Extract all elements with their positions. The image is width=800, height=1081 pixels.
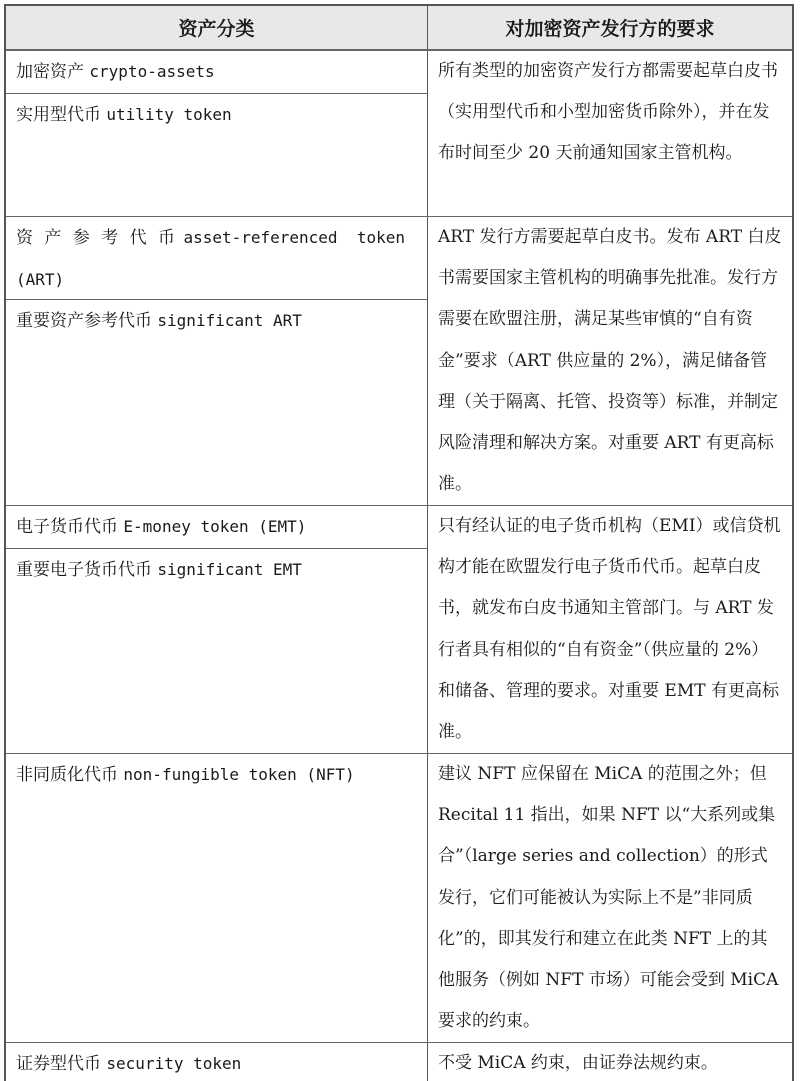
table-header: 资产分类 对加密资产发行方的要求 [6, 6, 792, 51]
header-asset-category: 资产分类 [6, 6, 428, 49]
category-en: security token [106, 1054, 241, 1073]
category-item: 重要电子货币代币 significant EMT [6, 549, 427, 591]
table-row: 电子货币代币 E-money token (EMT) 重要电子货币代币 sign… [6, 506, 792, 754]
category-zh: 非同质化代币 [16, 765, 118, 785]
category-zh: 加密资产 [16, 62, 84, 82]
category-en: significant ART [157, 311, 302, 330]
category-zh: 实用型代币 [16, 105, 101, 125]
table-row: 加密资产 crypto-assets 实用型代币 utility token 所… [6, 51, 792, 217]
requirement-cell: 只有经认证的电子货币机构（EMI）或信贷机构才能在欧盟发行电子货币代币。起草白皮… [428, 506, 792, 753]
category-item: 实用型代币 utility token [6, 94, 427, 136]
requirement-cell: ART 发行方需要起草白皮书。发布 ART 白皮书需要国家主管机构的明确事先批准… [428, 217, 792, 505]
table-row: 非同质化代币 non-fungible token (NFT) 建议 NFT 应… [6, 754, 792, 1043]
category-zh: 电子货币代币 [16, 517, 118, 537]
category-en: utility token [106, 105, 231, 124]
category-en: E-money token (EMT) [123, 517, 306, 536]
requirement-cell: 建议 NFT 应保留在 MiCA 的范围之外；但 Recital 11 指出，如… [428, 754, 792, 1042]
category-cell: 电子货币代币 E-money token (EMT) 重要电子货币代币 sign… [6, 506, 428, 753]
category-item: 证券型代币 security token [6, 1043, 427, 1081]
category-en: significant EMT [157, 560, 302, 579]
category-item: 加密资产 crypto-assets [6, 51, 427, 94]
requirement-cell: 不受 MiCA 约束，由证券法规约束。 [428, 1043, 792, 1081]
category-en: non-fungible token (NFT) [123, 765, 354, 784]
table-row: 资 产 参 考 代 币 asset-referenced token (ART)… [6, 217, 792, 506]
category-item: 电子货币代币 E-money token (EMT) [6, 506, 427, 549]
mica-classification-table: 资产分类 对加密资产发行方的要求 加密资产 crypto-assets 实用型代… [4, 4, 794, 1081]
header-issuer-requirements: 对加密资产发行方的要求 [428, 6, 792, 49]
category-item: 资 产 参 考 代 币 asset-referenced token (ART) [6, 217, 427, 300]
category-cell: 证券型代币 security token [6, 1043, 428, 1081]
category-item: 非同质化代币 non-fungible token (NFT) [6, 754, 427, 796]
category-en: crypto-assets [89, 62, 214, 81]
category-zh: 重要电子货币代币 [16, 560, 152, 580]
category-zh: 资 产 参 考 代 币 [16, 228, 178, 248]
category-cell: 加密资产 crypto-assets 实用型代币 utility token [6, 51, 428, 216]
category-cell: 非同质化代币 non-fungible token (NFT) [6, 754, 428, 1042]
category-zh: 证券型代币 [16, 1054, 101, 1074]
category-item: 重要资产参考代币 significant ART [6, 300, 427, 342]
requirement-cell: 所有类型的加密资产发行方都需要起草白皮书（实用型代币和小型加密货币除外），并在发… [428, 51, 792, 216]
table-row: 证券型代币 security token 不受 MiCA 约束，由证券法规约束。 [6, 1043, 792, 1081]
category-zh: 重要资产参考代币 [16, 311, 152, 331]
category-cell: 资 产 参 考 代 币 asset-referenced token (ART)… [6, 217, 428, 505]
